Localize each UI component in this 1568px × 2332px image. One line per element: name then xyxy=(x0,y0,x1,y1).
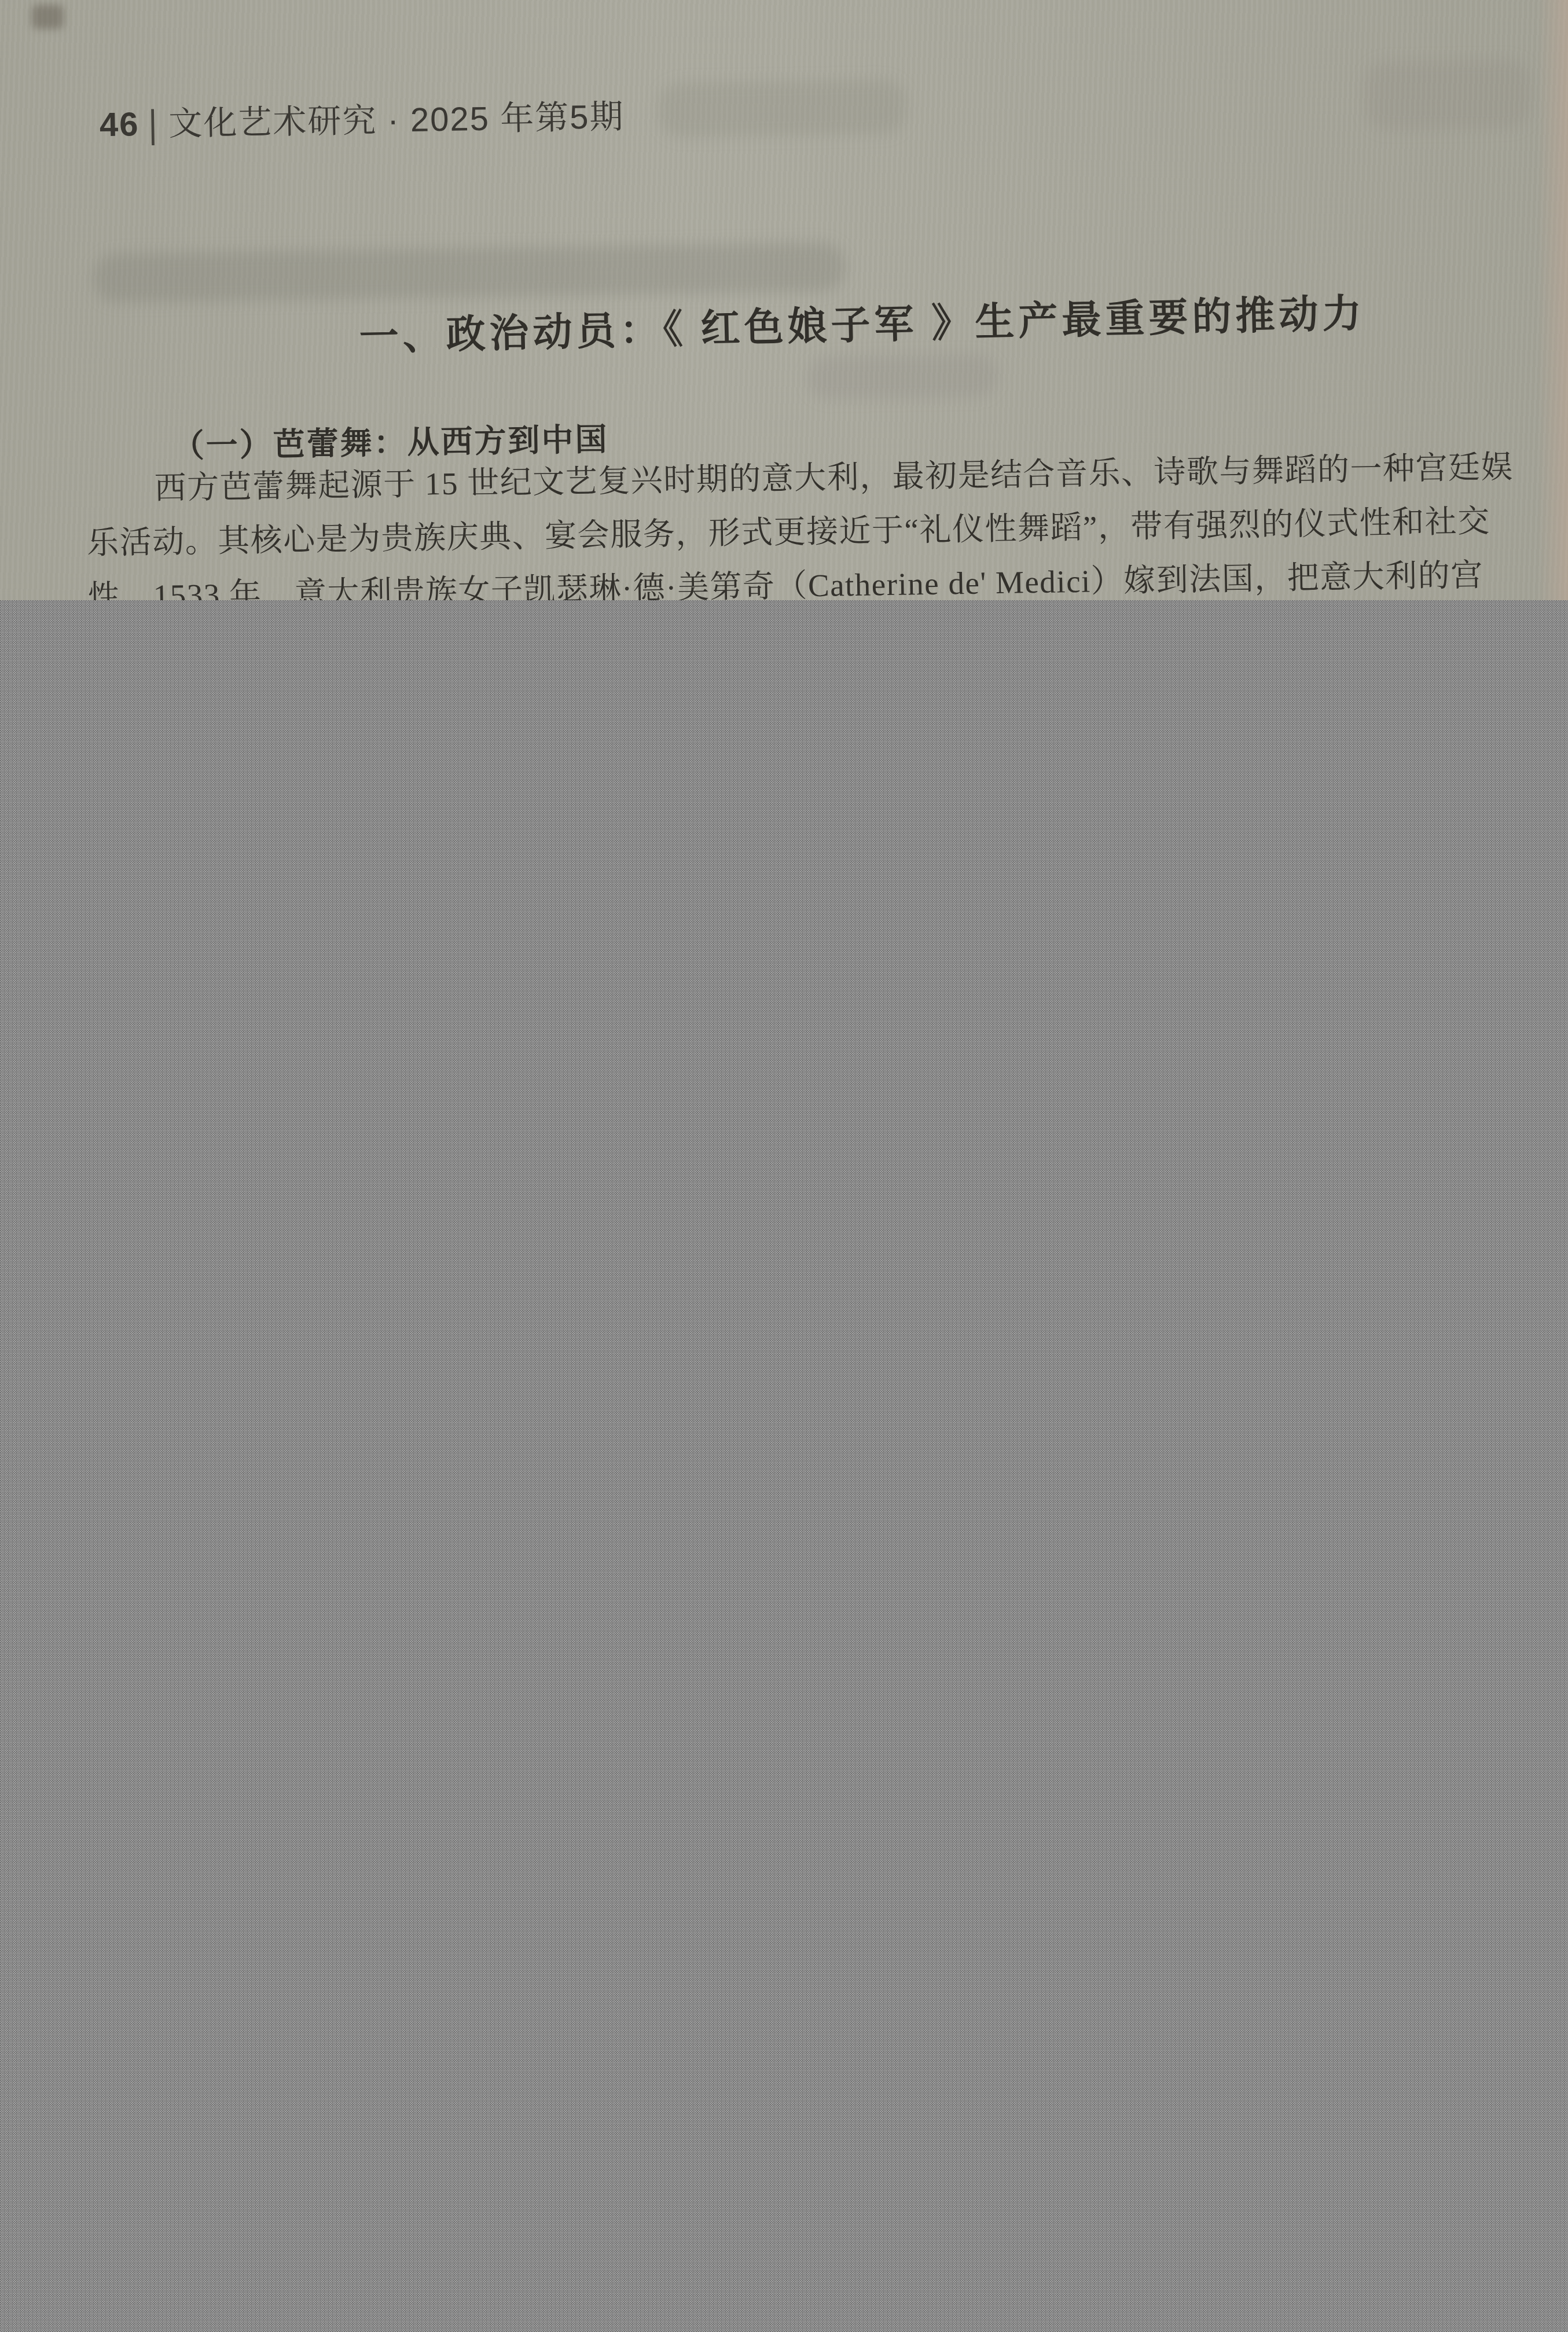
bleedthrough-smudge xyxy=(93,242,846,303)
running-header: 46 | 文化艺术研究 · 2025 年第5期 xyxy=(99,89,625,146)
bleedthrough-smudge xyxy=(658,79,907,138)
printed-content-area: 46 | 文化艺术研究 · 2025 年第5期 一、政治动员：《 红色娘子军 》… xyxy=(0,0,1568,638)
page-edge-shadow xyxy=(1538,0,1568,600)
obscured-gray-block xyxy=(0,600,1568,2332)
bleedthrough-smudge xyxy=(1363,58,1532,131)
page-number: 46 xyxy=(99,105,139,144)
journal-title: 文化艺术研究 · 2025 年第5期 xyxy=(168,89,625,145)
scan-corner-smudge xyxy=(32,5,64,29)
scanned-journal-page: 46 | 文化艺术研究 · 2025 年第5期 一、政治动员：《 红色娘子军 》… xyxy=(0,0,1568,2332)
header-divider-bar: | xyxy=(148,102,159,146)
body-paragraph: 西方芭蕾舞起源于 15 世纪文艺复兴时期的意大利，最初是结合音乐、诗歌与舞蹈的一… xyxy=(86,440,1523,624)
bleedthrough-smudge xyxy=(806,354,998,400)
